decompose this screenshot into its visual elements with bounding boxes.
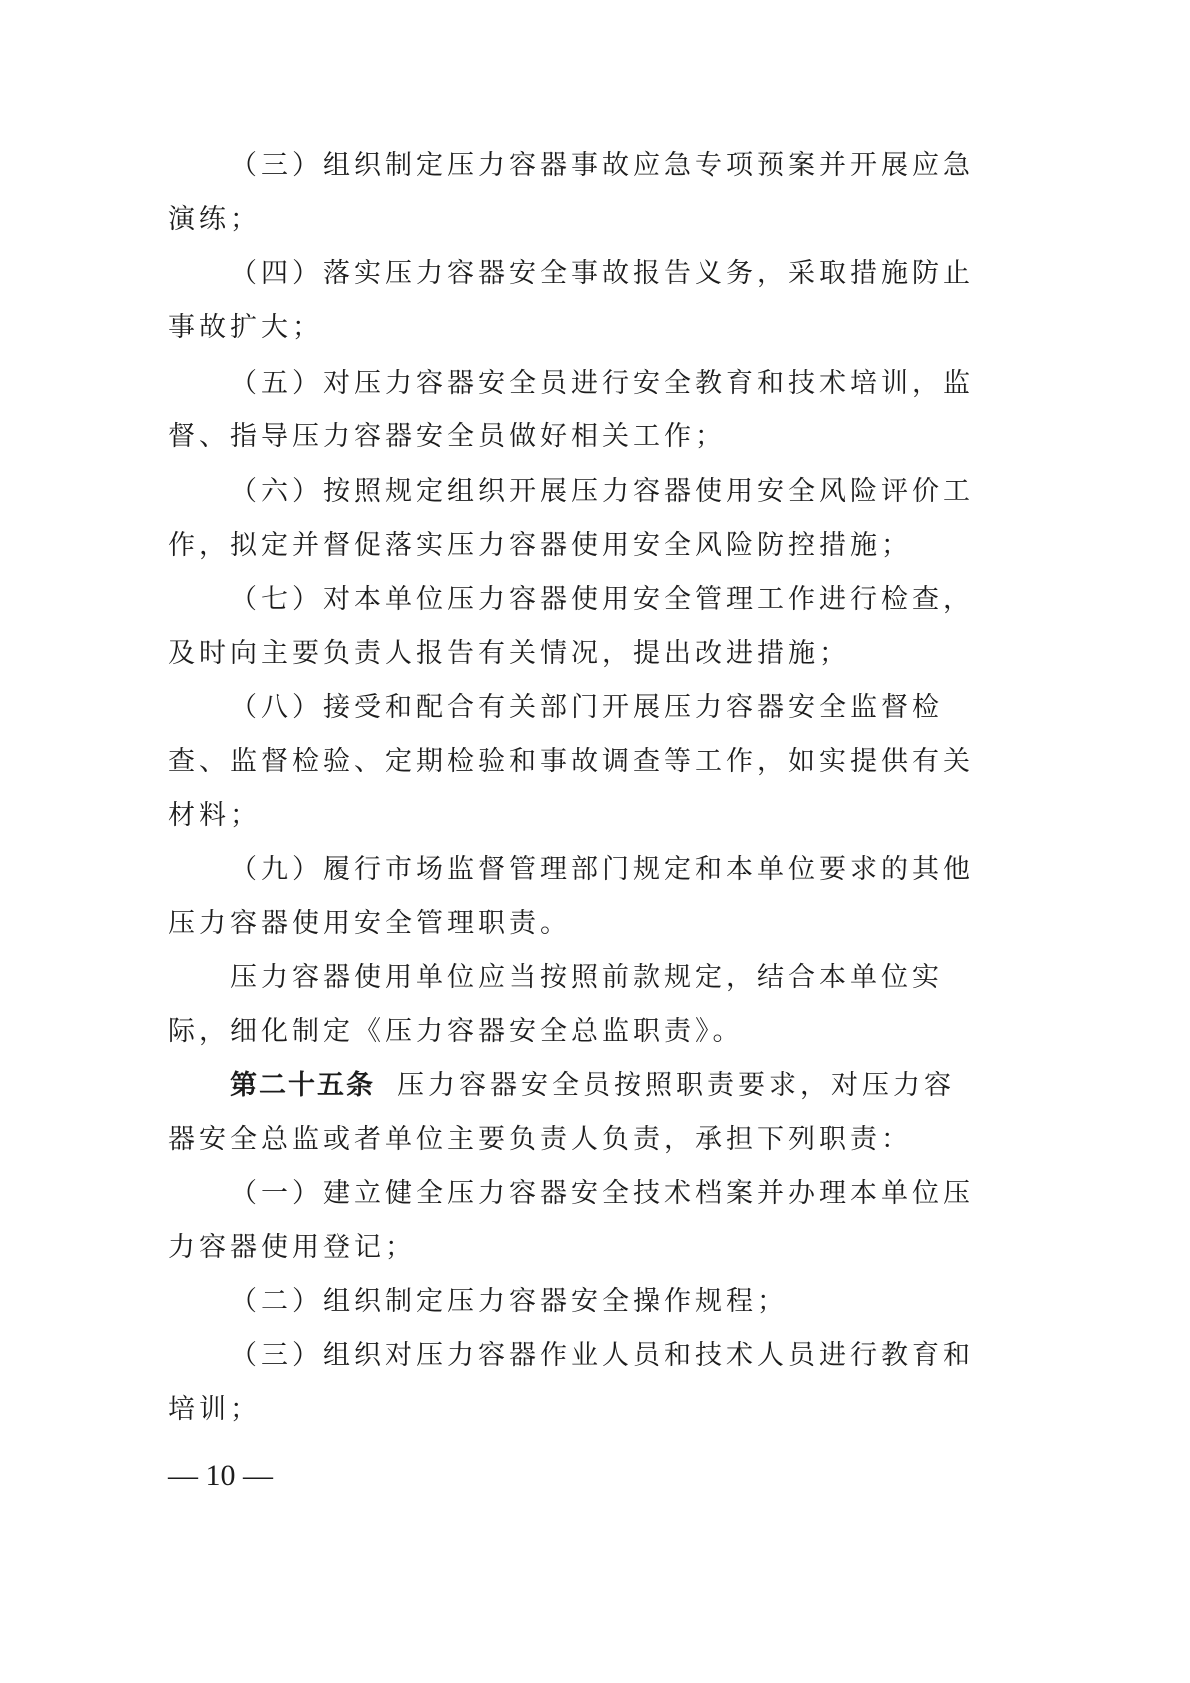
paragraph-line: 力容器使用登记；: [168, 1228, 948, 1268]
paragraph-line: （四）落实压力容器安全事故报告义务，采取措施防止: [230, 254, 948, 294]
paragraph-line: 压力容器使用单位应当按照前款规定，结合本单位实: [230, 958, 948, 998]
paragraph-line: 事故扩大；: [168, 308, 948, 348]
paragraph-line: 压力容器使用安全管理职责。: [168, 904, 948, 944]
paragraph-line: 材料；: [168, 796, 948, 836]
paragraph-line: （六）按照规定组织开展压力容器使用安全风险评价工: [230, 472, 948, 512]
paragraph-line: 器安全总监或者单位主要负责人负责，承担下列职责：: [168, 1120, 948, 1160]
paragraph-line: 督、指导压力容器安全员做好相关工作；: [168, 417, 948, 457]
paragraph-line: 际，细化制定《压力容器安全总监职责》。: [168, 1012, 948, 1052]
document-page: （三）组织制定压力容器事故应急专项预案并开展应急 演练； （四）落实压力容器安全…: [0, 0, 1190, 1683]
paragraph-line: （七）对本单位压力容器使用安全管理工作进行检查，: [230, 580, 948, 620]
paragraph-line: （三）组织制定压力容器事故应急专项预案并开展应急: [230, 146, 948, 186]
paragraph-line: 培训；: [168, 1390, 948, 1430]
page-number: — 10 —: [168, 1456, 273, 1496]
article-first-line: 压力容器安全员按照职责要求，对压力容: [397, 1070, 955, 1101]
paragraph-line: （八）接受和配合有关部门开展压力容器安全监督检: [230, 688, 948, 728]
paragraph-line: 演练；: [168, 200, 948, 240]
paragraph-line: 作，拟定并督促落实压力容器使用安全风险防控措施；: [168, 526, 948, 566]
paragraph-line: （二）组织制定压力容器安全操作规程；: [230, 1282, 948, 1322]
paragraph-line: （五）对压力容器安全员进行安全教育和技术培训，监: [230, 364, 948, 404]
article-heading: 第二十五条: [230, 1070, 375, 1101]
paragraph-line: 及时向主要负责人报告有关情况，提出改进措施；: [168, 634, 948, 674]
paragraph-line: （一）建立健全压力容器安全技术档案并办理本单位压: [230, 1174, 948, 1214]
paragraph-line: 查、监督检验、定期检验和事故调查等工作，如实提供有关: [168, 742, 948, 782]
paragraph-line: （三）组织对压力容器作业人员和技术人员进行教育和: [230, 1336, 948, 1376]
paragraph-line: （九）履行市场监督管理部门规定和本单位要求的其他: [230, 850, 948, 890]
article-paragraph: 第二十五条压力容器安全员按照职责要求，对压力容: [230, 1066, 948, 1106]
